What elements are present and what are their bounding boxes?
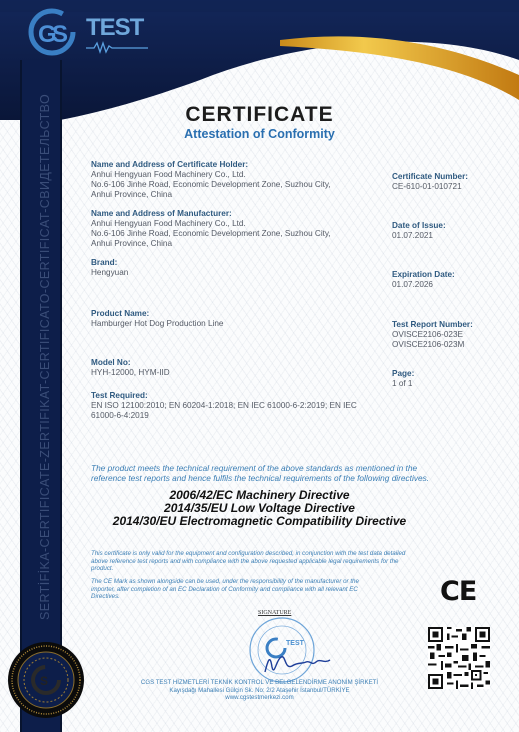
- certificate-subtitle: Attestation of Conformity: [0, 127, 519, 141]
- model-label: Model No:: [91, 358, 170, 368]
- logo-text: TEST: [86, 14, 143, 42]
- statement-line: The product meets the technical requirem…: [91, 463, 481, 473]
- footer-company: CGS TEST HİZMETLERİ TEKNİK KONTROL VE BE…: [0, 679, 519, 687]
- validity-line: This certificate is only valid for the e…: [91, 550, 481, 558]
- ce-mark-icon: CE: [440, 576, 476, 607]
- expiration-date-value: 01.07.2026: [392, 280, 455, 290]
- holder-field: Name and Address of Certificate Holder: …: [91, 160, 331, 200]
- footer-address: Kayışdağı Mahallesi Gülçin Sk. No: 2/2 A…: [0, 687, 519, 695]
- tests-line: 61000-6-4:2019: [91, 411, 357, 421]
- report-number-label: Test Report Number:: [392, 320, 473, 330]
- issue-date-value: 01.07.2021: [392, 231, 446, 241]
- statement-line: reference test reports and hence fulfils…: [91, 473, 481, 483]
- svg-text:TEST: TEST: [286, 640, 305, 647]
- brand-label: Brand:: [91, 258, 128, 268]
- report-number-value: OVISCE2106-023M: [392, 340, 473, 350]
- issue-date-field: Date of Issue: 01.07.2021: [392, 221, 446, 241]
- manufacturer-line: Anhui Province, China: [91, 239, 331, 249]
- certificate-number-field: Certificate Number: CE-610-01-010721: [392, 172, 468, 192]
- svg-text:S: S: [52, 21, 68, 48]
- directives-list: 2006/42/EC Machinery Directive 2014/35/E…: [0, 489, 519, 528]
- ce-note-line: Directives.: [91, 593, 421, 601]
- holder-line: No.6-106 Jinhe Road, Economic Developmen…: [91, 180, 331, 190]
- brand-value: Hengyuan: [91, 268, 128, 278]
- certificate-page: G S TEST SERTİFİKA-CERTIFICATE-ZERTIFIKA…: [0, 0, 519, 732]
- model-field: Model No: HYH-12000, HYM-IID: [91, 358, 170, 378]
- issuer-footer: CGS TEST HİZMETLERİ TEKNİK KONTROL VE BE…: [0, 679, 519, 702]
- manufacturer-line: Anhui Hengyuan Food Machinery Co., Ltd.: [91, 219, 331, 229]
- validity-note: This certificate is only valid for the e…: [91, 550, 481, 573]
- report-number-value: OVISCE2106-023E: [392, 330, 473, 340]
- tests-field: Test Required: EN ISO 12100:2010; EN 602…: [91, 391, 357, 421]
- validity-line: above reference test reports and with co…: [91, 558, 481, 566]
- holder-line: Anhui Hengyuan Food Machinery Co., Ltd.: [91, 170, 331, 180]
- product-field: Product Name: Hamburger Hot Dog Producti…: [91, 309, 223, 329]
- ce-note-line: importer, after completion of an EC Decl…: [91, 586, 421, 594]
- holder-line: Anhui Province, China: [91, 190, 331, 200]
- holder-label: Name and Address of Certificate Holder:: [91, 160, 331, 170]
- issue-date-label: Date of Issue:: [392, 221, 446, 231]
- expiration-date-label: Expiration Date:: [392, 270, 455, 280]
- page-label: Page:: [392, 369, 414, 379]
- brand-field: Brand: Hengyuan: [91, 258, 128, 278]
- ce-mark-note: The CE Mark as shown alongside can be us…: [91, 578, 421, 601]
- certificate-title: CERTIFICATE: [0, 103, 519, 127]
- expiration-date-field: Expiration Date: 01.07.2026: [392, 270, 455, 290]
- band-vertical-text: SERTİFİKA-CERTIFICATE-ZERTIFIKAT-CERTIFI…: [38, 94, 52, 620]
- product-value: Hamburger Hot Dog Production Line: [91, 319, 223, 329]
- page-field: Page: 1 of 1: [392, 369, 414, 389]
- tests-label: Test Required:: [91, 391, 357, 401]
- footer-website[interactable]: www.cgstestmerkezi.com: [0, 694, 519, 702]
- tests-line: EN ISO 12100:2010; EN 60204-1:2018; EN I…: [91, 401, 357, 411]
- signature-label: SIGNATURE: [258, 610, 291, 616]
- product-label: Product Name:: [91, 309, 223, 319]
- directive-item: 2014/30/EU Electromagnetic Compatibility…: [0, 515, 519, 528]
- ce-note-line: The CE Mark as shown alongside can be us…: [91, 578, 421, 586]
- manufacturer-line: No.6-106 Jinhe Road, Economic Developmen…: [91, 229, 331, 239]
- manufacturer-field: Name and Address of Manufacturer: Anhui …: [91, 209, 331, 249]
- model-value: HYH-12000, HYM-IID: [91, 368, 170, 378]
- validity-line: product.: [91, 565, 481, 573]
- certificate-number-label: Certificate Number:: [392, 172, 468, 182]
- certificate-number-value: CE-610-01-010721: [392, 182, 468, 192]
- report-number-field: Test Report Number: OVISCE2106-023E OVIS…: [392, 320, 473, 350]
- page-value: 1 of 1: [392, 379, 414, 389]
- conformity-statement: The product meets the technical requirem…: [91, 463, 481, 483]
- manufacturer-label: Name and Address of Manufacturer:: [91, 209, 331, 219]
